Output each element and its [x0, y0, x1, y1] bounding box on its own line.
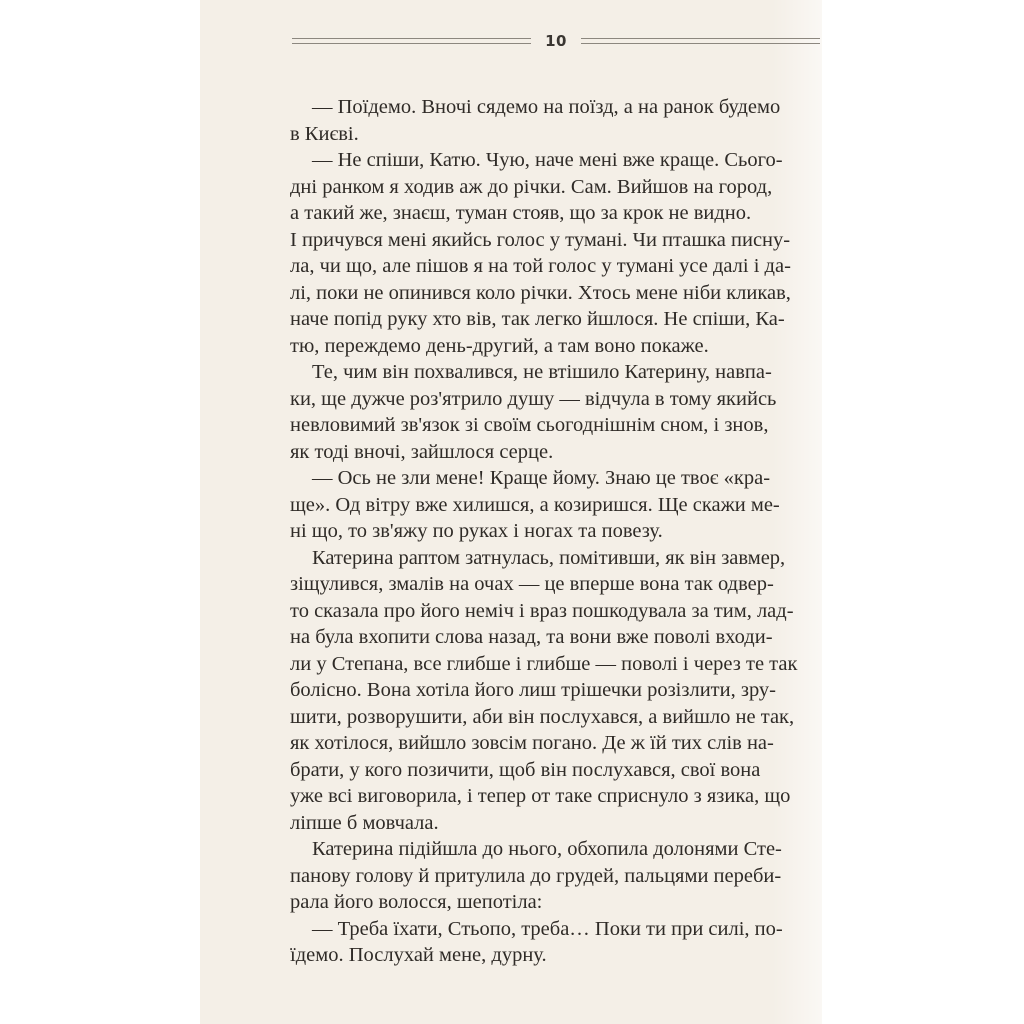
text-line: то сказала про його неміч і враз пошкоду…: [290, 598, 745, 625]
body-text: — Поїдемо. Вночі сядемо на поїзд, а на р…: [290, 94, 745, 969]
paragraph: — Не спіши, Катю. Чую, наче мені вже кра…: [290, 147, 745, 359]
text-line: шити, розворушити, аби він послухався, а…: [290, 704, 745, 731]
paragraph: — Треба їхати, Стьопо, треба… Поки ти пр…: [290, 916, 745, 969]
text-line: ні що, то зв'яжу по руках і ногах та пов…: [290, 518, 745, 545]
text-line: ли у Степана, все глибше і глибше — пово…: [290, 651, 745, 678]
text-line: ла, чи що, але пішов я на той голос у ту…: [290, 253, 745, 280]
text-line: наче попід руку хто вів, так легко йшлос…: [290, 306, 745, 333]
text-line: брати, у кого позичити, щоб він послухав…: [290, 757, 745, 784]
paragraph: Катерина раптом затнулась, помітивши, як…: [290, 545, 745, 837]
text-line: зіщулився, змалів на очах — це вперше во…: [290, 571, 745, 598]
text-line: на була вхопити слова назад, та вони вже…: [290, 624, 745, 651]
text-line: як хотілося, вийшло зовсім погано. Де ж …: [290, 730, 745, 757]
text-line: рала його волосся, шепотіла:: [290, 889, 745, 916]
text-line: — Поїдемо. Вночі сядемо на поїзд, а на р…: [290, 94, 745, 121]
paragraph: Те, чим він похвалився, не втішило Катер…: [290, 359, 745, 465]
page-number: 10: [531, 32, 581, 50]
text-line: дні ранком я ходив аж до річки. Сам. Вий…: [290, 174, 745, 201]
text-line: як тоді вночі, зайшлося серце.: [290, 439, 745, 466]
book-page: 10 — Поїдемо. Вночі сядемо на поїзд, а н…: [200, 0, 822, 1024]
text-line: а такий же, знаєш, туман стояв, що за кр…: [290, 200, 745, 227]
text-line: Катерина підійшла до нього, обхопила дол…: [290, 836, 745, 863]
text-line: І причувся мені якийсь голос у тумані. Ч…: [290, 227, 745, 254]
text-line: Катерина раптом затнулась, помітивши, як…: [290, 545, 745, 572]
running-head: 10: [292, 31, 820, 51]
paragraph: — Поїдемо. Вночі сядемо на поїзд, а на р…: [290, 94, 745, 147]
text-line: — Треба їхати, Стьопо, треба… Поки ти пр…: [290, 916, 745, 943]
text-line: їдемо. Послухай мене, дурну.: [290, 942, 745, 969]
text-line: болісно. Вона хотіла його лиш трішечки р…: [290, 677, 745, 704]
text-line: лі, поки не опинився коло річки. Хтось м…: [290, 280, 745, 307]
text-line: тю, переждемо день-другий, а там воно по…: [290, 333, 745, 360]
text-line: Те, чим він похвалився, не втішило Катер…: [290, 359, 745, 386]
text-line: панову голову й притулила до грудей, пал…: [290, 863, 745, 890]
text-line: в Києві.: [290, 121, 745, 148]
text-line: ліпше б мовчала.: [290, 810, 745, 837]
header-rule-left: [292, 38, 531, 44]
paragraph: — Ось не зли мене! Краще йому. Знаю це т…: [290, 465, 745, 545]
text-line: ще». Од вітру вже хилишся, а козиришся. …: [290, 492, 745, 519]
paragraph: Катерина підійшла до нього, обхопила дол…: [290, 836, 745, 916]
header-rule-right: [581, 38, 820, 44]
text-line: невловимий зв'язок зі своїм сьогоднішнім…: [290, 412, 745, 439]
text-line: ки, ще дужче роз'ятрило душу — відчула в…: [290, 386, 745, 413]
text-line: — Ось не зли мене! Краще йому. Знаю це т…: [290, 465, 745, 492]
text-line: — Не спіши, Катю. Чую, наче мені вже кра…: [290, 147, 745, 174]
text-line: уже всі виговорила, і тепер от таке спри…: [290, 783, 745, 810]
